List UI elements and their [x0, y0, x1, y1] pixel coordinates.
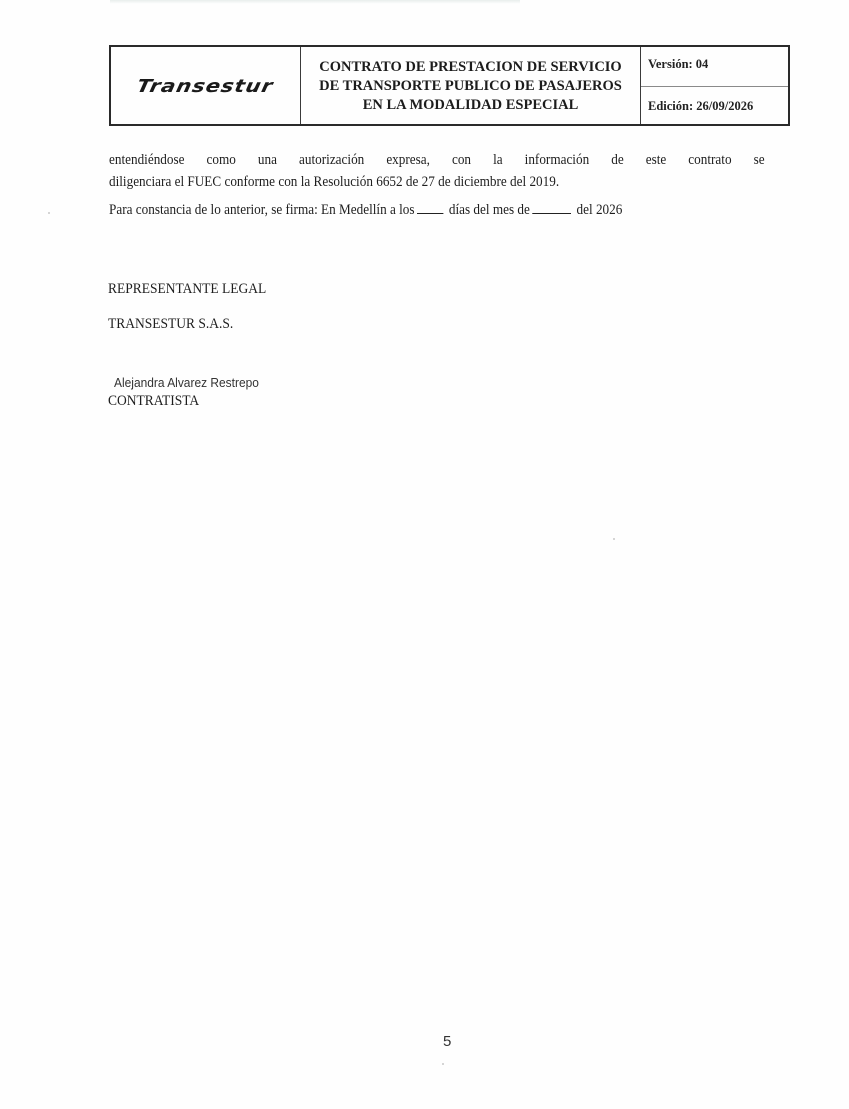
document-header-table: Transestur CONTRATO DE PRESTACION DE SER… [109, 45, 790, 126]
company-logo: Transestur [135, 75, 275, 95]
statement-prefix: Para constancia de lo anterior, se firma… [109, 202, 415, 218]
contractor-name: Alejandra Alvarez Restrepo [114, 375, 259, 390]
company-name: TRANSESTUR S.A.S. [108, 316, 233, 333]
statement-suffix: del 2026 [577, 202, 623, 218]
page-number: 5 [443, 1033, 451, 1050]
scan-speck [613, 538, 615, 540]
document-title-cell: CONTRATO DE PRESTACION DE SERVICIO DE TR… [301, 47, 641, 124]
scan-speck [442, 1063, 444, 1065]
paragraph-1-line-1: entendiéndose como una autorización expr… [109, 149, 765, 171]
month-blank-field [533, 200, 572, 214]
edition-label: Edición: 26/09/2026 [641, 87, 788, 124]
document-title-line-3: EN LA MODALIDAD ESPECIAL [363, 96, 579, 115]
days-blank-field [417, 200, 443, 214]
scan-edge [110, 0, 520, 4]
document-title-line-1: CONTRATO DE PRESTACION DE SERVICIO [319, 58, 621, 77]
document-title-line-2: DE TRANSPORTE PUBLICO DE PASAJEROS [319, 77, 622, 96]
paragraph-1-line-2: diligenciara el FUEC conforme con la Res… [109, 171, 765, 193]
document-meta-cell: Versión: 04 Edición: 26/09/2026 [641, 47, 788, 124]
document-page: Transestur CONTRATO DE PRESTACION DE SER… [0, 0, 849, 1109]
body-paragraph-1: entendiéndose como una autorización expr… [109, 149, 765, 193]
contractor-label: CONTRATISTA [108, 393, 199, 410]
representative-label: REPRESENTANTE LEGAL [108, 281, 266, 298]
logo-cell: Transestur [111, 47, 301, 124]
version-label: Versión: 04 [641, 47, 788, 87]
statement-middle: días del mes de [449, 202, 530, 218]
scan-speck [48, 212, 50, 214]
signature-statement: Para constancia de lo anterior, se firma… [109, 200, 686, 219]
